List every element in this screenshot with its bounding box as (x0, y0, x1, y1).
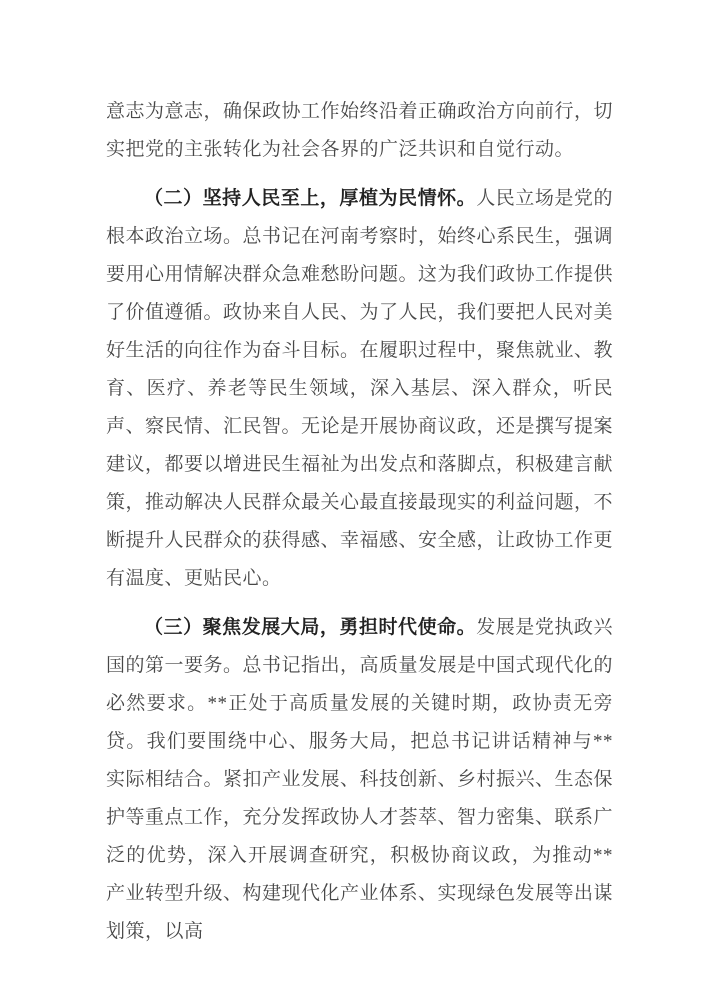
section-2-heading: （二）坚持人民至上，厚植为民情怀。 (144, 188, 476, 209)
body-text-run: 人民立场是党的根本政治立场。总书记在河南考察时，始终心系民生，强调要用心用情解决… (106, 188, 613, 589)
document-page: 意志为意志，确保政协工作始终沿着正确政治方向前行，切实把党的主张转化为社会各界的… (0, 0, 711, 1006)
document-content: 意志为意志，确保政协工作始终沿着正确政治方向前行，切实把党的主张转化为社会各界的… (106, 93, 613, 962)
section-3-heading: （三）聚焦发展大局，勇担时代使命。 (144, 617, 476, 638)
paragraph-section-3: （三）聚焦发展大局，勇担时代使命。发展是党执政兴国的第一要务。总书记指出，高质量… (106, 609, 613, 951)
body-text-run: 发展是党执政兴国的第一要务。总书记指出，高质量发展是中国式现代化的必然要求。**… (106, 617, 613, 942)
body-text-run: 意志为意志，确保政协工作始终沿着正确政治方向前行，切实把党的主张转化为社会各界的… (106, 101, 613, 160)
paragraph-section-2: （二）坚持人民至上，厚植为民情怀。人民立场是党的根本政治立场。总书记在河南考察时… (106, 180, 613, 598)
paragraph-continuation: 意志为意志，确保政协工作始终沿着正确政治方向前行，切实把党的主张转化为社会各界的… (106, 93, 613, 169)
